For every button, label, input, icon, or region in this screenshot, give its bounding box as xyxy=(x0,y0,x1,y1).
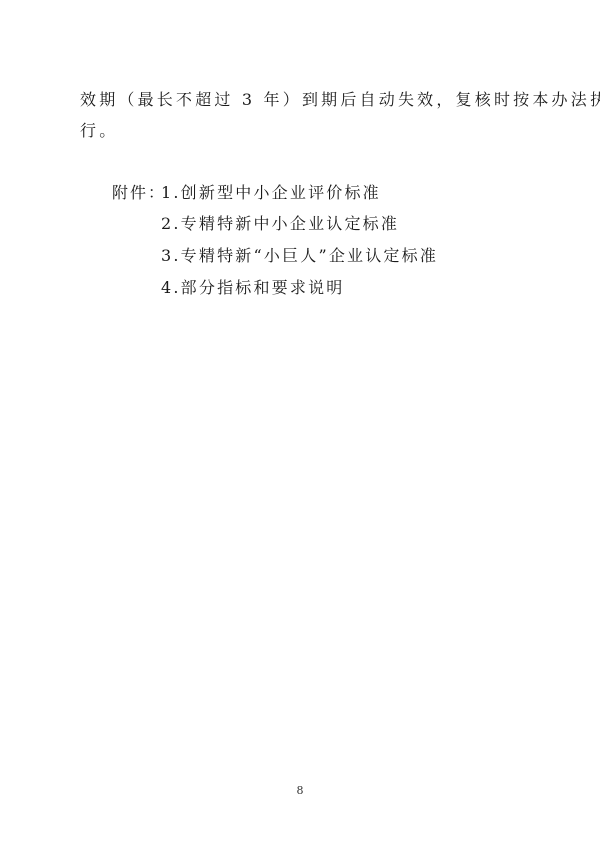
paragraph-line: 效期（最长不超过 3 年）到期后自动失效，复核时按本办法执 xyxy=(80,90,600,110)
attachment-item: 3.专精特新“小巨人”企业认定标准 xyxy=(161,246,438,266)
paragraph-line: 行。 xyxy=(80,121,118,141)
attachment-item: 1.创新型中小企业评价标准 xyxy=(161,183,381,203)
attachments-label: 附件： xyxy=(112,183,166,203)
attachment-item: 4.部分指标和要求说明 xyxy=(161,278,344,298)
page-number: 8 xyxy=(0,784,600,797)
attachment-item: 2.专精特新中小企业认定标准 xyxy=(161,214,399,234)
